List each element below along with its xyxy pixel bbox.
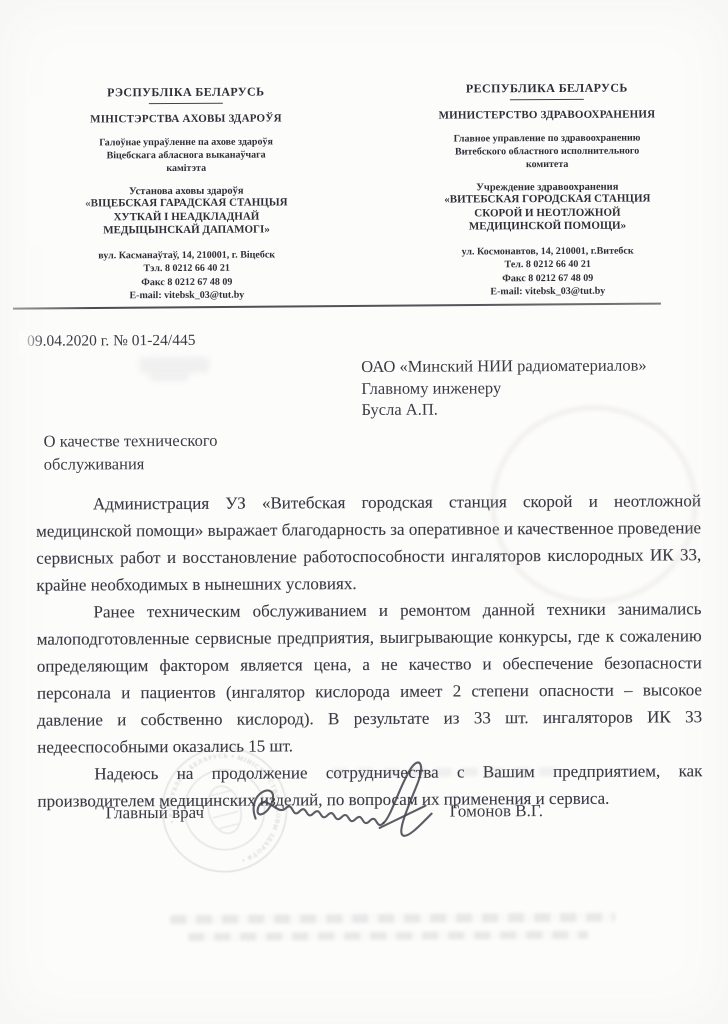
bleedthrough-text-line [331, 767, 561, 777]
country-name-ru: РЕСПУБЛИКА БЕЛАРУСЬ [388, 80, 706, 97]
letterhead-russian: РЕСПУБЛИКА БЕЛАРУСЬ МИНИСТЕРСТВО ЗДРАВОО… [388, 80, 707, 299]
country-underline [149, 103, 223, 104]
org-name-ru: «ВИТЕБСКАЯ ГОРОДСКАЯ СТАНЦИЯ СКОРОЙ И НЕ… [388, 192, 706, 234]
recipient-position: Главному инженеру [361, 376, 646, 399]
recipient-org: ОАО «Минский НИИ радиоматериалов» [361, 355, 646, 378]
faint-smudge [139, 357, 209, 373]
contact-block-by: вул. Касманаўтаў, 14, 210001, г. Віцебск… [15, 248, 359, 304]
contact-block-ru: ул. Космонавтов, 14, 210001, г.Витебск Т… [389, 244, 707, 300]
scan-tilt-wrapper: РЭСПУБЛІКА БЕЛАРУСЬ МІНІСТЭРСТВА АХОВЫ З… [0, 0, 728, 1024]
email-ru: E-mail: vitebsk_03@tut.by [389, 284, 707, 299]
bleedthrough-text-line [170, 913, 615, 924]
country-underline [510, 99, 584, 100]
reference-date-number: 09.04.2020 г. № 01-24/445 [27, 332, 195, 351]
department-ru: Главное управление по здравоохранению Ви… [388, 131, 706, 172]
bleedthrough-text-line [188, 931, 588, 941]
signer-name: Гомонов В.Г. [450, 801, 544, 821]
left-edge-fade [19, 330, 43, 354]
letterhead-divider-line [13, 303, 661, 310]
scanned-letter-page: РЭСПУБЛІКА БЕЛАРУСЬ МІНІСТЭРСТВА АХОВЫ З… [0, 0, 728, 1024]
left-edge-fade [28, 96, 99, 246]
email-by: E-mail: vitebsk_03@tut.by [15, 288, 359, 303]
ministry-name-ru: МИНИСТЕРСТВО ЗДРАВООХРАНЕНИЯ [388, 108, 706, 122]
body-paragraph: Ранее техническим обслуживанием и ремонт… [36, 595, 702, 760]
faint-smudge [149, 373, 189, 381]
stamp-bleedthrough-circle [491, 406, 696, 603]
letter-subject: О качестве технического обслуживания [44, 428, 294, 475]
